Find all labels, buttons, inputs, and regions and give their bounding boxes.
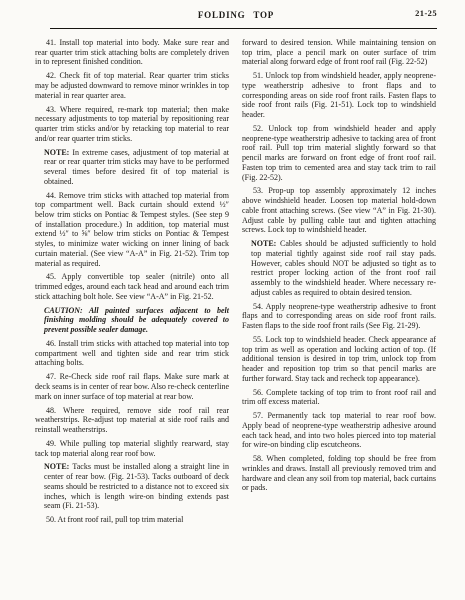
step-paragraph: 51. Unlock top from windshield header, a… [242, 71, 436, 120]
step-paragraph: 56. Complete tacking of top trim to fron… [242, 388, 436, 407]
page-header: FOLDING TOP 21-25 [35, 6, 437, 24]
step-paragraph: 50. At front roof rail, pull top trim ma… [35, 515, 229, 525]
continuation-paragraph: forward to desired tension. While mainta… [242, 38, 436, 67]
step-paragraph: 55. Lock top to windshield header. Check… [242, 335, 436, 384]
page-number: 21-25 [415, 8, 437, 18]
step-paragraph: 49. While pulling top material slightly … [35, 439, 229, 458]
note-paragraph: NOTE: In extreme cases, adjustment of to… [44, 148, 229, 187]
paragraph-label: NOTE: [44, 462, 72, 471]
step-paragraph: 52. Unlock top from windshield header an… [242, 124, 436, 182]
right-column: forward to desired tension. While mainta… [242, 38, 436, 529]
manual-page: FOLDING TOP 21-25 41. Install top materi… [0, 0, 465, 600]
text-columns: 41. Install top material into body. Make… [35, 38, 437, 529]
left-column: 41. Install top material into body. Make… [35, 38, 229, 529]
header-rule [50, 28, 437, 29]
page-title: FOLDING TOP [35, 10, 437, 20]
paragraph-label: NOTE: [251, 239, 280, 248]
step-paragraph: 43. Where required, re-mark top material… [35, 105, 229, 144]
step-paragraph: 44. Remove trim sticks with attached top… [35, 191, 229, 269]
paragraph-label: NOTE: [44, 148, 72, 157]
step-paragraph: 53. Prop-up top assembly approximately 1… [242, 186, 436, 235]
step-paragraph: 58. When completed, folding top should b… [242, 454, 436, 493]
step-paragraph: 42. Check fit of top material. Rear quar… [35, 71, 229, 100]
note-paragraph: NOTE: Cables should be adjusted sufficie… [251, 239, 436, 297]
step-paragraph: 47. Re-Check side roof rail flaps. Make … [35, 372, 229, 401]
note-paragraph: NOTE: Tacks must be installed along a st… [44, 462, 229, 511]
caution-paragraph: CAUTION: All painted surfaces adjacent t… [44, 306, 229, 335]
step-paragraph: 48. Where required, remove side roof rai… [35, 406, 229, 435]
step-paragraph: 46. Install trim sticks with attached to… [35, 339, 229, 368]
step-paragraph: 41. Install top material into body. Make… [35, 38, 229, 67]
step-paragraph: 54. Apply neoprene-type weatherstrip adh… [242, 302, 436, 331]
step-paragraph: 45. Apply convertible top sealer (nitril… [35, 272, 229, 301]
step-paragraph: 57. Permanently tack top material to rea… [242, 411, 436, 450]
paragraph-label: CAUTION: [44, 306, 89, 315]
